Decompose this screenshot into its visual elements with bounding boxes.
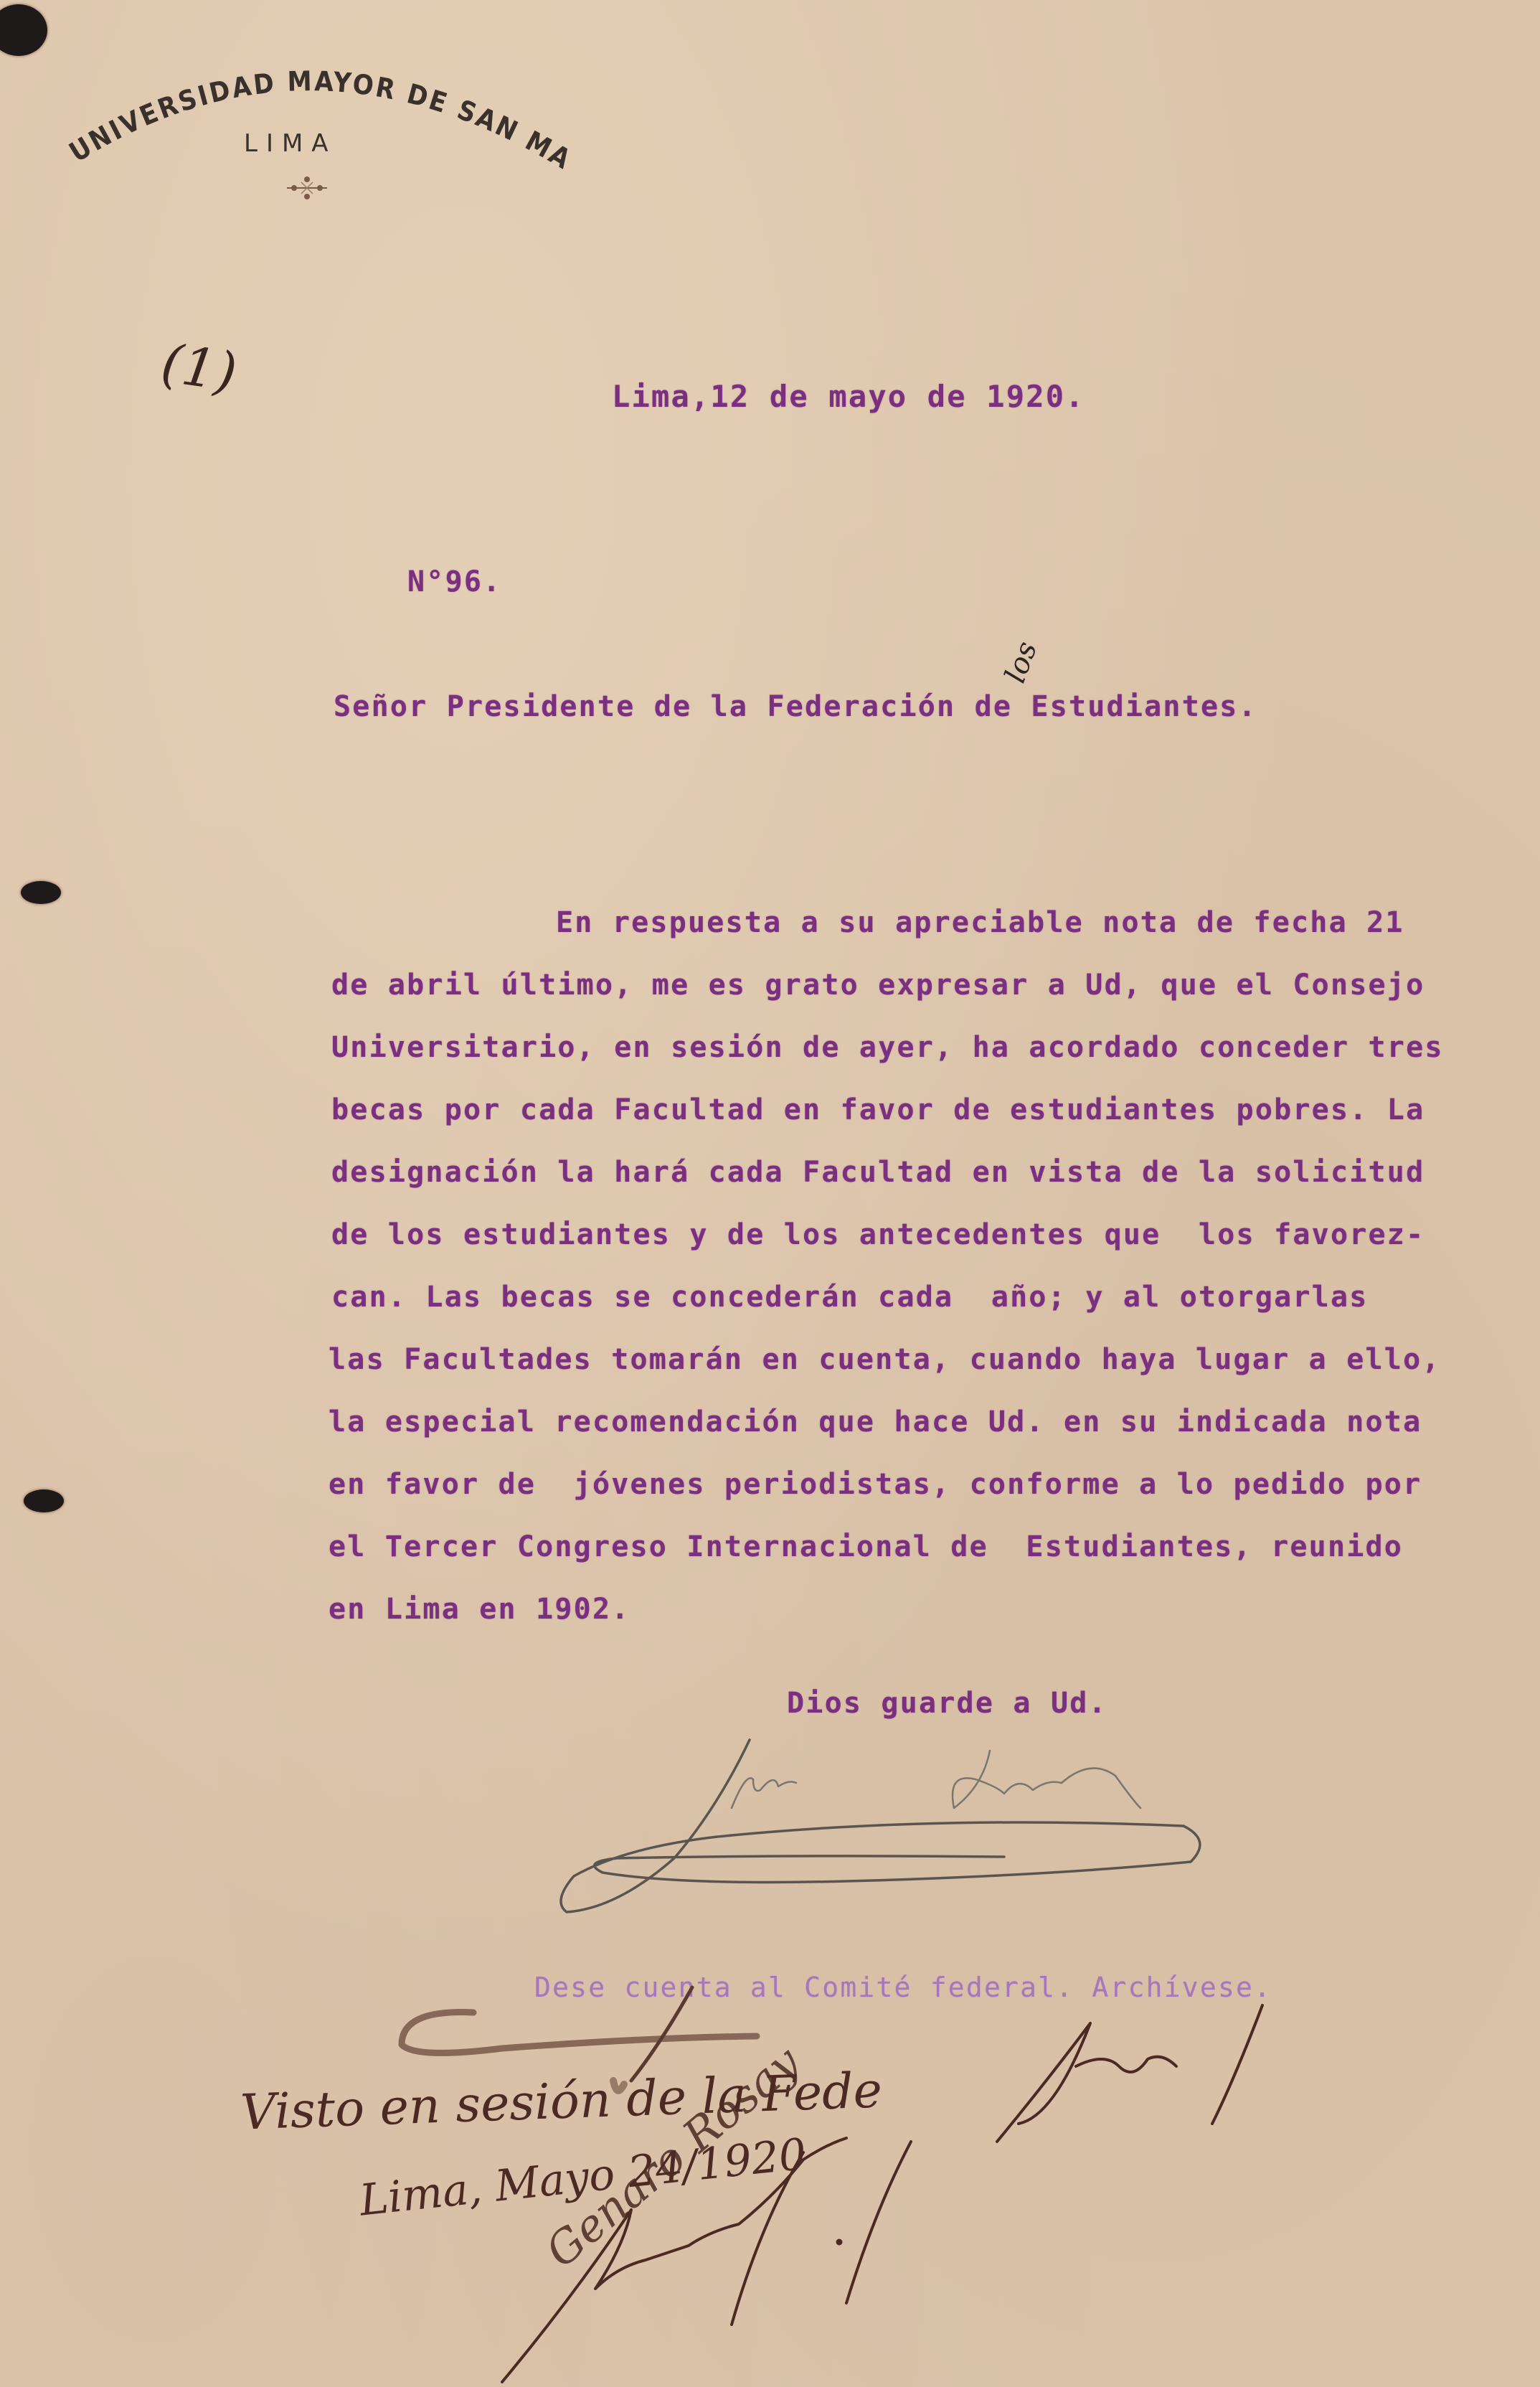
punch-hole-lower	[24, 1489, 64, 1512]
addressee-insertion: los	[998, 637, 1044, 687]
body-line: de los estudiantes y de los antecedentes…	[331, 1218, 1425, 1251]
archive-note: Dese cuenta al Comité federal. Archívese…	[534, 1972, 1272, 2003]
letterhead-city: LIMA	[244, 129, 337, 158]
body-line: En respuesta a su apreciable nota de fec…	[556, 906, 1404, 939]
closing-line: Dios guarde a Ud.	[787, 1687, 1107, 1720]
body-line: Universitario, en sesión de ayer, ha aco…	[331, 1031, 1444, 1064]
body-line: designación la hará cada Facultad en vis…	[331, 1156, 1425, 1189]
body-line: el Tercer Congreso Internacional de Estu…	[329, 1530, 1403, 1563]
date-line: Lima,12 de mayo de 1920.	[612, 379, 1085, 414]
addressee-line: Señor Presidente de la Federación de Est…	[334, 690, 1257, 723]
body-line: becas por cada Facultad en favor de estu…	[331, 1093, 1425, 1126]
body-line: de abril último, me es grato expresar a …	[331, 969, 1425, 1002]
punch-hole-middle	[21, 881, 61, 904]
margin-note: (1)	[158, 332, 241, 404]
body-line: la especial recomendación que hace Ud. e…	[329, 1406, 1422, 1439]
body-line: en Lima en 1902.	[329, 1593, 630, 1626]
body-line: can. Las becas se concederán cada año; y…	[331, 1281, 1369, 1314]
punch-hole-top	[0, 4, 47, 56]
reference-number: N°96.	[407, 565, 501, 598]
fleuron-ornament-icon	[287, 176, 327, 199]
body-line: las Facultades tomarán en cuenta, cuando…	[329, 1343, 1441, 1376]
body-line: en favor de jóvenes periodistas, conform…	[329, 1468, 1422, 1501]
